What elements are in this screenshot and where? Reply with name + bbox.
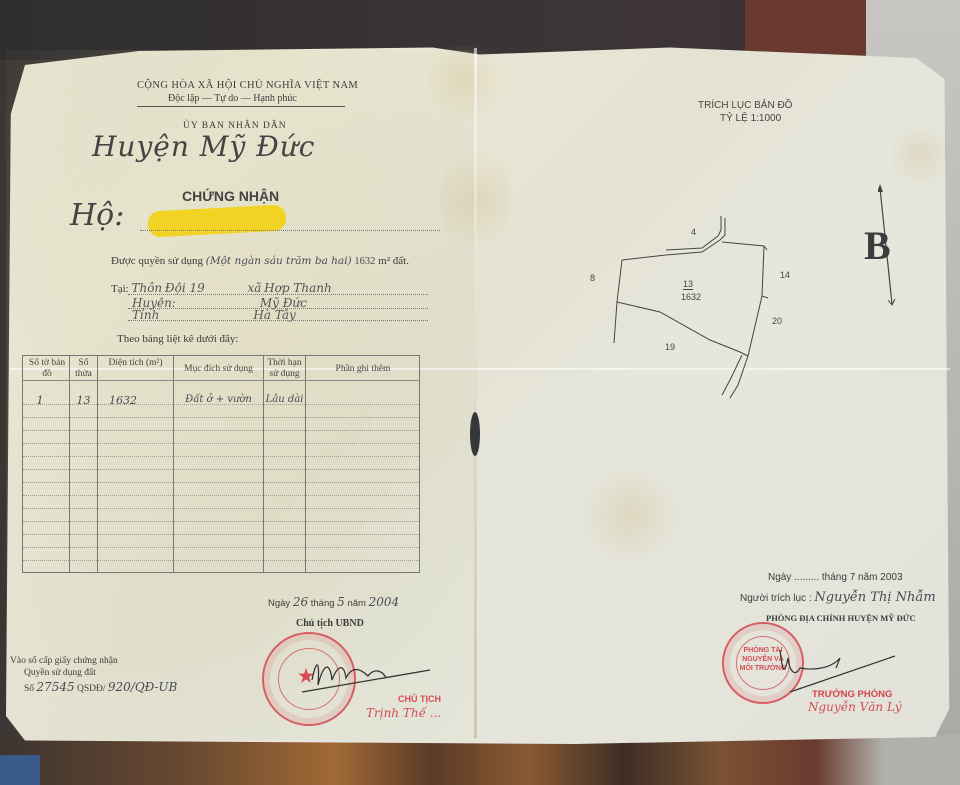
column-divider	[263, 356, 264, 572]
row-rule	[23, 495, 419, 496]
usage-prefix: Được quyền sử dụng	[111, 255, 203, 267]
register-number-line: Số 27545 QSDĐ/ 920/QĐ-UB	[24, 680, 177, 694]
register-no-value: 27545	[36, 680, 74, 694]
background-wood	[745, 0, 870, 60]
register-line-1: Vào sổ cấp giấy chứng nhận	[10, 656, 118, 666]
column-divider	[97, 356, 98, 572]
row-rule	[23, 430, 419, 431]
neighbor-parcel-19: 19	[665, 342, 675, 352]
row-rule	[23, 469, 419, 470]
location-line-3: Tỉnh Hà Tây	[132, 306, 296, 324]
household-label: Hộ:	[70, 198, 124, 233]
main-parcel-area: 1632	[681, 292, 701, 302]
usage-handwritten: (Một ngàn sáu trăm ba hai)	[206, 255, 352, 267]
neighbor-parcel-8: 8	[590, 273, 595, 283]
signing-month: 5	[337, 595, 345, 609]
paper-tear	[470, 412, 480, 456]
signature-chairman	[290, 650, 470, 700]
column-divider	[69, 356, 70, 572]
row-rule	[23, 547, 419, 548]
heading-divider	[137, 106, 345, 107]
row-rule	[23, 560, 419, 561]
column-divider	[305, 356, 306, 572]
location-label: Tại:	[111, 283, 129, 295]
paper-stain	[570, 470, 690, 560]
register-line-2: Quyền sử dụng đất	[24, 668, 96, 678]
area-unit: m² đất.	[378, 255, 409, 267]
neighbor-parcel-4: 4	[691, 227, 696, 237]
header-rule	[23, 380, 419, 381]
extractor-line: Người trích lục : Nguyễn Thị Nhẫm	[740, 590, 936, 605]
cell-term: Lâu dài	[264, 394, 305, 405]
village-label: Thôn	[131, 281, 162, 295]
neighbor-parcel-20: 20	[772, 316, 782, 326]
commune-value: Hợp Thanh	[264, 281, 332, 295]
commune-label: xã	[248, 281, 262, 295]
cell-area: 1632	[98, 394, 148, 407]
dotted-line	[128, 320, 428, 321]
background-object	[0, 755, 40, 785]
header-notes: Phần ghi thêm	[306, 364, 420, 375]
year-label: năm	[347, 598, 365, 609]
location-line-1: Tại: Thôn Đội 19 xã Hợp Thanh	[111, 281, 332, 295]
map-extract-title: TRÍCH LỤC BẢN ĐỒ	[698, 100, 792, 111]
row-rule	[23, 482, 419, 483]
date-prefix: Ngày	[268, 598, 290, 609]
extractor-label: Người trích lục :	[740, 593, 812, 604]
area-value: 1632	[354, 256, 375, 267]
usage-line: Được quyền sử dụng (Một ngàn sáu trăm ba…	[111, 255, 409, 267]
neighbor-parcel-14: 14	[780, 270, 790, 280]
month-label: tháng	[311, 598, 335, 609]
list-intro: Theo bảng liệt kê dưới đây:	[117, 333, 238, 345]
header-parcel-no: Số thửa	[70, 358, 97, 380]
signing-year: 2004	[369, 595, 400, 609]
main-parcel-number: 13	[683, 279, 693, 290]
row-rule	[23, 534, 419, 535]
header-map-sheet: Số tờ bản đồ	[25, 358, 69, 380]
extractor-name: Nguyễn Thị Nhẫm	[814, 590, 935, 605]
national-motto: Độc lập — Tự do — Hạnh phúc	[168, 93, 297, 104]
head-name: Nguyễn Văn Lý	[808, 700, 902, 714]
row-rule	[23, 456, 419, 457]
office-name: PHÒNG ĐỊA CHÍNH HUYỆN MỸ ĐỨC	[766, 613, 916, 623]
row-rule	[23, 443, 419, 444]
register-code: 920/QĐ-UB	[108, 680, 177, 694]
header-purpose: Mục đích sử dụng	[174, 364, 263, 375]
signing-day: 26	[293, 595, 308, 609]
head-title: TRƯỞNG PHÒNG	[812, 689, 892, 700]
map-scale: TỶ LỆ 1:1000	[720, 113, 781, 124]
district-title: Huyện Mỹ Đức	[92, 130, 315, 163]
header-area: Diện tích (m²)	[98, 358, 173, 369]
certificate-title: CHỨNG NHẬN	[182, 188, 279, 204]
fold-crease-vertical	[474, 48, 477, 738]
paper-stain	[890, 120, 950, 190]
village-value: Đội 19	[165, 281, 205, 295]
north-letter: B	[864, 222, 891, 269]
land-table: Số tờ bản đồ Số thửa Diện tích (m²) Mục …	[22, 355, 420, 573]
row-rule	[23, 417, 419, 418]
signing-date: Ngày 26 tháng 5 năm 2004	[268, 595, 399, 609]
paper-stain	[420, 45, 510, 115]
dotted-line	[140, 230, 440, 231]
register-no-label: Số	[24, 684, 34, 694]
header-term: Thời hạn sử dụng	[264, 358, 305, 380]
cell-map-sheet: 1	[25, 394, 55, 407]
column-divider	[173, 356, 174, 572]
row-rule	[23, 521, 419, 522]
signer-red-name: Trịnh Thế ...	[366, 706, 441, 720]
cell-parcel-no: 13	[70, 394, 97, 407]
republic-heading: CỘNG HÒA XÃ HỘI CHỦ NGHĨA VIỆT NAM	[137, 80, 358, 91]
signer-title: Chủ tịch UBND	[296, 618, 364, 629]
row-rule	[23, 508, 419, 509]
extract-date: Ngày ......... tháng 7 năm 2003	[768, 572, 903, 583]
signer-red-title: CHỦ TỊCH	[398, 694, 441, 704]
cell-purpose: Đất ở + vườn	[174, 394, 263, 405]
register-suffix: QSDĐ/	[77, 684, 106, 694]
